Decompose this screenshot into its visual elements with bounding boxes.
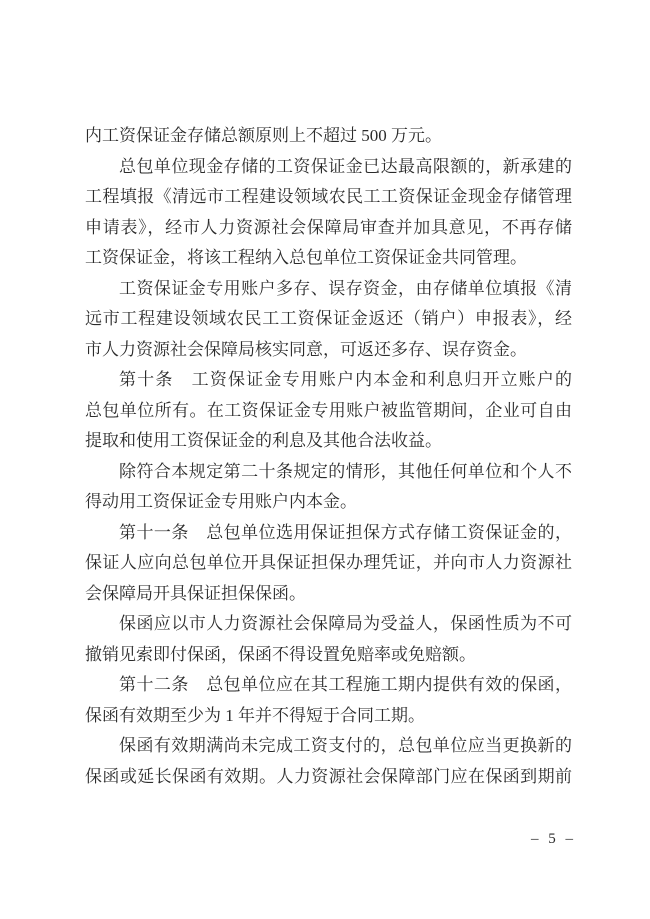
article-11-line: 第十一条 总包单位选用保证担保方式存储工资保证金的，: [85, 518, 572, 549]
text-line: 保函有效期至少为 1 年并不得短于合同工期。: [85, 701, 572, 732]
page-number: – 5 –: [531, 829, 576, 849]
text-line: 工程填报《清远市工程建设领域农民工工资保证金现金存储管理: [85, 182, 572, 213]
text-line: 总包单位所有。在工资保证金专用账户被监管期间，企业可自由: [85, 396, 572, 427]
text-line: 保函或延长保函有效期。人力资源社会保障部门应在保函到期前: [85, 762, 572, 793]
text-line: 保证人应向总包单位开具保证担保办理凭证，并向市人力资源社: [85, 548, 572, 579]
text-line: 工资保证金专用账户多存、误存资金，由存储单位填报《清: [85, 274, 572, 305]
article-10-line: 第十条 工资保证金专用账户内本金和利息归开立账户的: [85, 365, 572, 396]
text-line: 除符合本规定第二十条规定的情形，其他任何单位和个人不: [85, 457, 572, 488]
text-line: 申请表》，经市人力资源社会保障局审查并加具意见，不再存储: [85, 213, 572, 244]
document-body: 内工资保证金存储总额原则上不超过 500 万元。 总包单位现金存储的工资保证金已…: [85, 121, 572, 792]
document-page: 内工资保证金存储总额原则上不超过 500 万元。 总包单位现金存储的工资保证金已…: [0, 0, 650, 919]
text-line: 保函有效期满尚未完成工资支付的，总包单位应当更换新的: [85, 731, 572, 762]
text-line: 内工资保证金存储总额原则上不超过 500 万元。: [85, 121, 572, 152]
text-line: 撤销见索即付保函，保函不得设置免赔率或免赔额。: [85, 640, 572, 671]
text-line: 总包单位现金存储的工资保证金已达最高限额的，新承建的: [85, 152, 572, 183]
text-line: 远市工程建设领域农民工工资保证金返还（销户）申报表》，经: [85, 304, 572, 335]
text-line: 提取和使用工资保证金的利息及其他合法收益。: [85, 426, 572, 457]
text-line: 保函应以市人力资源社会保障局为受益人，保函性质为不可: [85, 609, 572, 640]
text-line: 市人力资源社会保障局核实同意，可返还多存、误存资金。: [85, 335, 572, 366]
text-line: 工资保证金，将该工程纳入总包单位工资保证金共同管理。: [85, 243, 572, 274]
article-12-line: 第十二条 总包单位应在其工程施工期内提供有效的保函，: [85, 670, 572, 701]
text-line: 得动用工资保证金专用账户内本金。: [85, 487, 572, 518]
text-line: 会保障局开具保证担保保函。: [85, 579, 572, 610]
